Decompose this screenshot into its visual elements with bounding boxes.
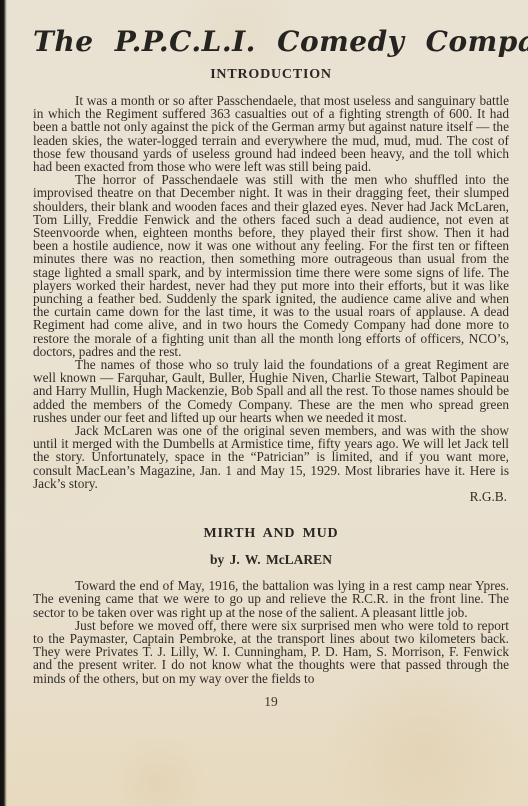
- introduction-heading: INTRODUCTION: [33, 67, 509, 82]
- article-paragraph-1: Toward the end of May, 1916, the battali…: [33, 579, 509, 619]
- article-title: The P.P.C.L.I. Comedy Company: [33, 26, 509, 58]
- introduction-paragraph-4: Jack McLaren was one of the original sev…: [33, 424, 509, 490]
- page-content: The P.P.C.L.I. Comedy Company INTRODUCTI…: [33, 0, 509, 806]
- introduction-signature: R.G.B.: [33, 490, 509, 504]
- article-heading: MIRTH AND MUD: [33, 526, 509, 541]
- article-byline: by J. W. McLAREN: [33, 552, 509, 567]
- scanned-page: The P.P.C.L.I. Comedy Company INTRODUCTI…: [0, 0, 528, 806]
- page-binding-shadow: [0, 0, 7, 806]
- page-number: 19: [33, 694, 509, 710]
- article-paragraph-2: Just before we moved off, there were six…: [33, 619, 509, 685]
- introduction-paragraph-2: The horror of Passchendaele was still wi…: [33, 173, 509, 358]
- introduction-paragraph-3: The names of those who so truly laid the…: [33, 358, 509, 424]
- introduction-paragraph-1: It was a month or so after Passchendaele…: [33, 94, 509, 173]
